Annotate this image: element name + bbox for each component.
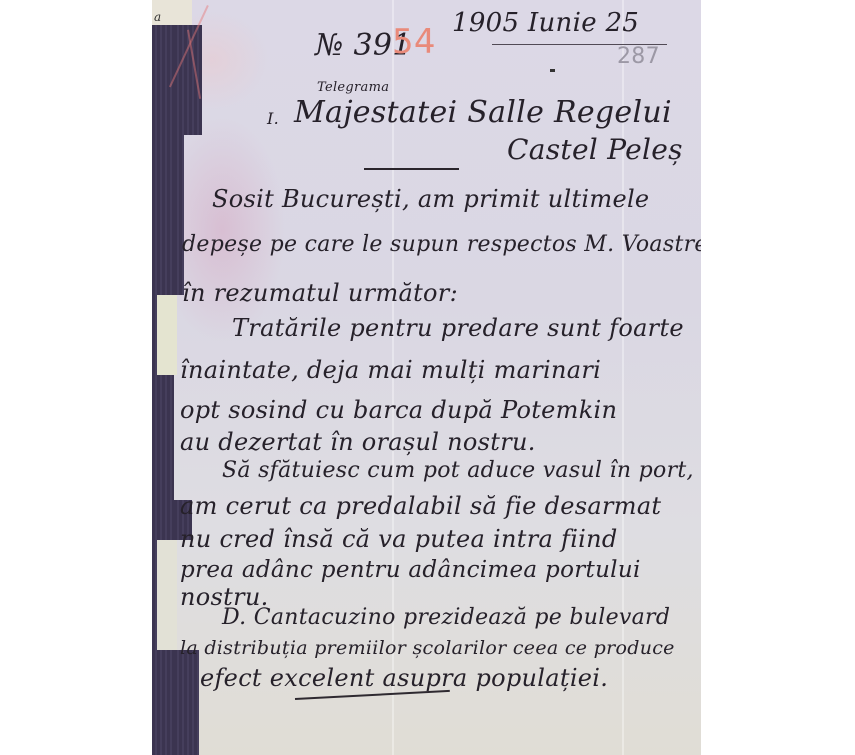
body-line: în rezumatul următor: — [182, 279, 458, 307]
ink-dot — [550, 69, 555, 72]
body-line: Să sfătuiesc cum pot aduce vasul în port… — [222, 458, 694, 483]
body-line: au dezertat în orașul nostru. — [180, 428, 536, 456]
recipient: Majestatei Salle Regelui — [294, 95, 672, 130]
body-line: D. Cantacuzino prezidează pe bulevard — [222, 605, 670, 630]
body-line: înaintate, deja mai mulți marinari — [180, 356, 601, 384]
address-marker: I. — [267, 109, 279, 128]
corner-annotation: a — [154, 10, 161, 24]
address-rule — [364, 168, 459, 170]
body-line: am cerut ca predalabil să fie desarmat — [180, 492, 661, 520]
body-line: efect excelent asupra populației. — [200, 664, 608, 692]
torn-edge-backing — [174, 650, 199, 755]
body-line: depeșe pe care le supun respectos M. Voa… — [182, 232, 701, 257]
red-pencil-number: 54 — [392, 22, 436, 62]
body-line: Tratările pentru predare sunt foarte — [232, 314, 684, 342]
scanned-document-page: a № 391 54 1905 Iunie 25 287 Telegrama I… — [152, 0, 701, 755]
body-line: la distribuția premiilor școlarilor ceea… — [180, 637, 675, 659]
torn-paper-fragment — [157, 295, 177, 375]
body-line: opt sosind cu barca după Potemkin — [180, 396, 617, 424]
document-date: 1905 Iunie 25 — [452, 8, 639, 38]
body-line: nu cred însă că va putea intra fiind — [180, 525, 618, 553]
body-line: prea adânc pentru adâncimea portului — [180, 557, 641, 583]
torn-paper-fragment — [157, 540, 177, 650]
torn-edge-backing — [174, 135, 184, 295]
recipient-location: Castel Peleș — [507, 133, 683, 166]
telegram-label: Telegrama — [317, 80, 389, 95]
body-line: Sosit București, am primit ultimele — [212, 185, 649, 213]
archive-reference-number: 287 — [617, 44, 660, 69]
